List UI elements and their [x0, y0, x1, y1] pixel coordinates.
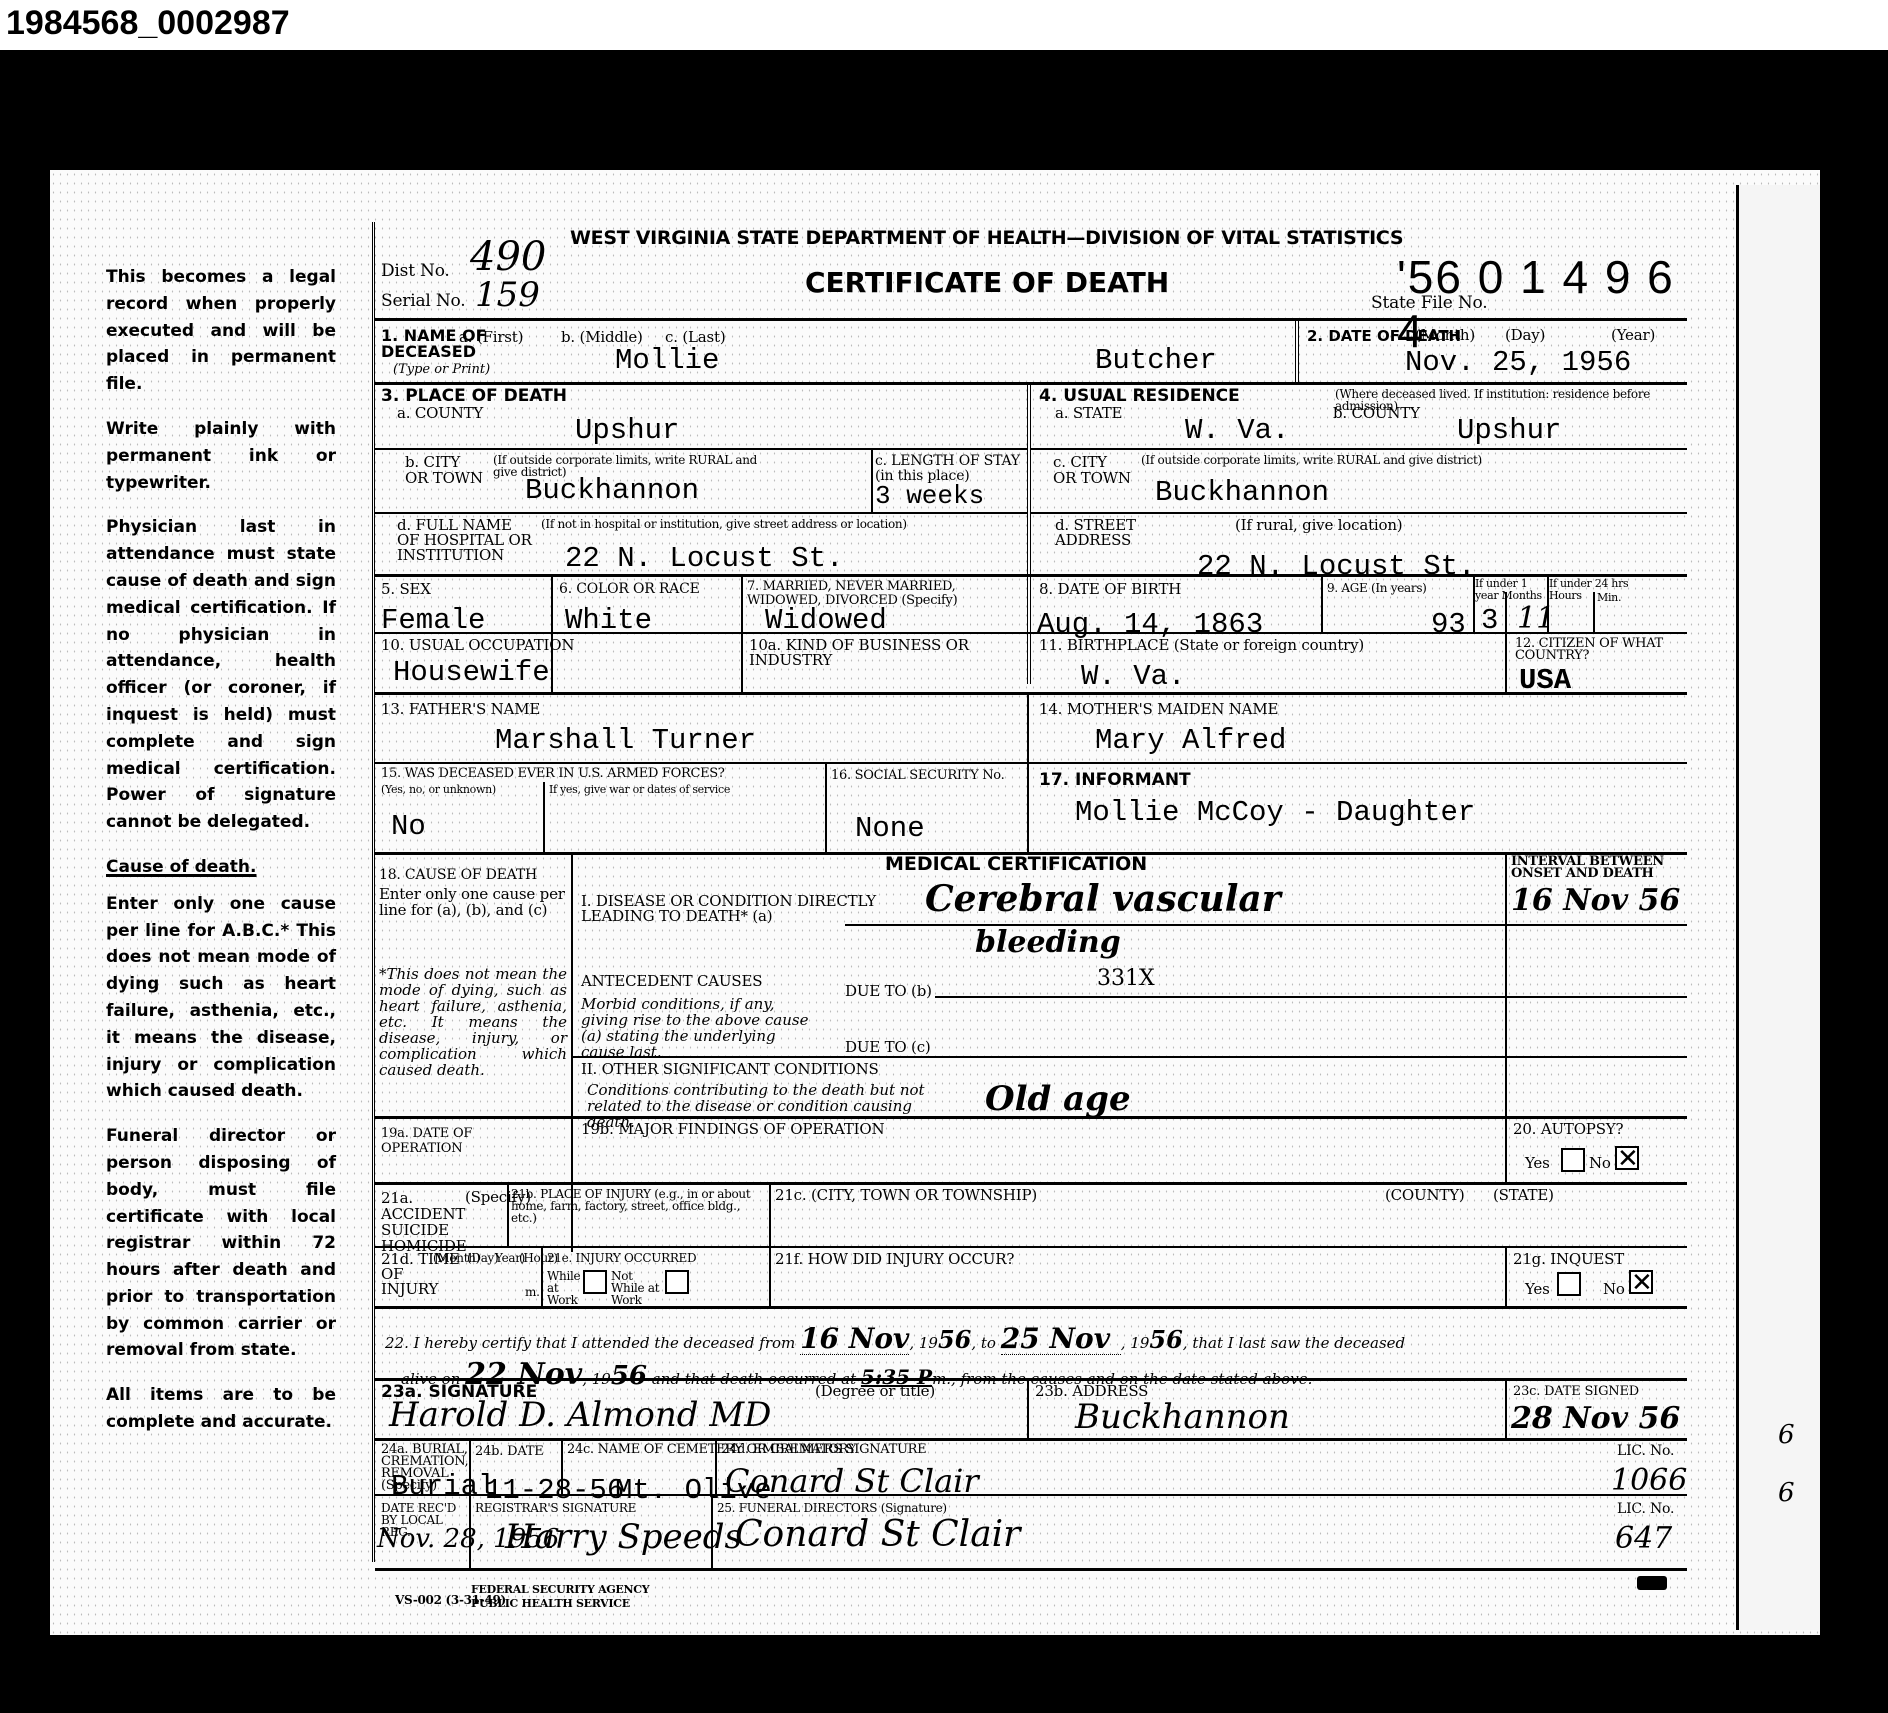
- f16-value[interactable]: None: [855, 814, 925, 843]
- divider: [1027, 692, 1029, 852]
- f1-first-label: a. (First): [459, 330, 523, 345]
- f18-note: Enter only one cause per line for (a), (…: [379, 886, 567, 918]
- cause-a-value[interactable]: Cerebral vascular: [925, 884, 1281, 914]
- divider: [543, 782, 545, 852]
- f23a-degree-label: (Degree or title): [815, 1384, 935, 1399]
- f13-value[interactable]: Marshall Turner: [495, 726, 756, 755]
- f5-value[interactable]: Female: [381, 606, 485, 635]
- f3-hospital-note: (If not in hospital or institution, give…: [541, 518, 1021, 530]
- divider: [1505, 852, 1507, 1182]
- f1-sub: (Type or Print): [393, 362, 490, 378]
- f18-label: 18. CAUSE OF DEATH: [379, 868, 537, 883]
- divider: [541, 1246, 543, 1306]
- f22-year-prefix: , 19: [909, 1334, 938, 1352]
- divider: [1505, 592, 1507, 632]
- f11-value[interactable]: W. Va.: [1081, 662, 1185, 691]
- divider: [507, 1182, 509, 1246]
- autopsy-no-checkbox[interactable]: [1615, 1146, 1639, 1170]
- f1-last-label: c. (Last): [665, 330, 725, 345]
- margin-mark: 6: [1778, 1478, 1795, 1508]
- dist-no-value: 490: [470, 242, 546, 272]
- document-id: 1984568_0002987: [6, 4, 290, 43]
- divider: [935, 996, 1687, 998]
- divider: [375, 318, 1687, 321]
- f8-value[interactable]: Aug. 14, 1863: [1037, 610, 1263, 639]
- interval-label: INTERVAL BETWEEN ONSET AND DEATH: [1511, 856, 1681, 880]
- f3-stay-value[interactable]: 3 weeks: [875, 482, 984, 511]
- f4-state-value[interactable]: W. Va.: [1185, 416, 1289, 445]
- f17-label: 17. INFORMANT: [1039, 772, 1191, 789]
- cause-a-continued[interactable]: bleeding: [975, 928, 1121, 958]
- divider: [375, 1246, 1687, 1248]
- divider: [1593, 592, 1595, 632]
- f17-value[interactable]: Mollie McCoy - Daughter: [1075, 798, 1475, 827]
- part2-value[interactable]: Old age: [985, 1084, 1131, 1114]
- cause-code: 331X: [1097, 966, 1155, 991]
- f21g-no-label: No: [1603, 1282, 1625, 1297]
- instruction-physician: Physician last in attendance must state …: [106, 514, 336, 836]
- instruction-cause-heading: Cause of death.: [106, 854, 336, 881]
- f22-to-label: , to: [971, 1334, 996, 1352]
- physician-signature[interactable]: Harold D. Almond MD: [389, 1400, 771, 1430]
- right-edge-strip: [1736, 185, 1822, 1630]
- f16-label: 16. SOCIAL SECURITY No.: [831, 770, 1021, 782]
- f6-value[interactable]: White: [565, 606, 652, 635]
- divider: [1505, 1246, 1507, 1306]
- divider: [715, 1438, 717, 1494]
- divider: [375, 1306, 1687, 1309]
- divider: [845, 924, 1505, 926]
- f15-label: 15. WAS DECEASED EVER IN U.S. ARMED FORC…: [381, 768, 725, 780]
- f21d-m: m.: [525, 1286, 540, 1298]
- f22-to-year[interactable]: 56: [1149, 1325, 1182, 1354]
- f2-day-label: (Day): [1505, 328, 1545, 343]
- f22-to[interactable]: 25 Nov: [1001, 1324, 1121, 1355]
- f3-county-label: a. COUNTY: [397, 406, 483, 421]
- divider: [1507, 924, 1687, 926]
- inquest-yes-checkbox[interactable]: [1557, 1272, 1581, 1296]
- f4-county-value[interactable]: Upshur: [1457, 416, 1561, 445]
- f14-value[interactable]: Mary Alfred: [1095, 726, 1286, 755]
- serial-no-label: Serial No.: [381, 294, 465, 309]
- due-to-c-label: DUE TO (c): [845, 1040, 931, 1055]
- instruction-write-plainly: Write plainly with permanent ink or type…: [106, 416, 336, 496]
- f3-hospital-label: d. FULL NAME OF HOSPITAL OR INSTITUTION: [397, 518, 537, 563]
- divider: [375, 692, 1687, 695]
- f21g-yes-label: Yes: [1525, 1282, 1550, 1297]
- f21c-state: (STATE): [1493, 1188, 1554, 1203]
- agency-heading: WEST VIRGINIA STATE DEPARTMENT OF HEALTH…: [570, 230, 1403, 247]
- divider: [375, 762, 1687, 764]
- f2-date-of-death[interactable]: Nov. 25, 1956: [1405, 348, 1631, 377]
- f20-yes-label: Yes: [1525, 1156, 1550, 1171]
- f23b-value[interactable]: Buckhannon: [1075, 1402, 1290, 1432]
- f25-lic-value[interactable]: 647: [1615, 1524, 1672, 1554]
- f22-text1: 22. I hereby certify that I attended the…: [385, 1334, 795, 1352]
- divider: [375, 1568, 1687, 1571]
- f4-street-label: d. STREET ADDRESS: [1055, 518, 1175, 548]
- divider: [375, 512, 1027, 514]
- part1-label: I. DISEASE OR CONDITION DIRECTLY LEADING…: [581, 894, 901, 924]
- divider: [375, 382, 1687, 385]
- f3-county-value[interactable]: Upshur: [575, 416, 679, 445]
- funeral-director-signature[interactable]: Conard St Clair: [735, 1520, 1020, 1550]
- divider: [1031, 512, 1687, 514]
- divider: [871, 448, 873, 512]
- divider: [375, 1116, 1687, 1119]
- f20-label: 20. AUTOPSY?: [1513, 1122, 1623, 1137]
- f22-alive-year[interactable]: 56: [611, 1361, 647, 1391]
- f24d-lic-value[interactable]: 1066: [1611, 1466, 1687, 1496]
- f3-label: 3. PLACE OF DEATH: [381, 388, 567, 405]
- dist-no-label: Dist No.: [381, 264, 450, 279]
- f8-label: 8. DATE OF BIRTH: [1039, 582, 1181, 597]
- f6-label: 6. COLOR OR RACE: [559, 582, 700, 597]
- f14-label: 14. MOTHER'S MAIDEN NAME: [1039, 702, 1278, 717]
- f7-value[interactable]: Widowed: [765, 606, 887, 635]
- f9-age-value[interactable]: 93: [1431, 610, 1466, 639]
- divider: [769, 1182, 771, 1246]
- death-certificate-form: WEST VIRGINIA STATE DEPARTMENT OF HEALTH…: [372, 222, 1684, 1562]
- f12-label: 12. CITIZEN OF WHAT COUNTRY?: [1515, 638, 1665, 662]
- f21f-label: 21f. HOW DID INJURY OCCUR?: [775, 1252, 1014, 1267]
- f15-sub: (Yes, no, or unknown): [381, 784, 496, 796]
- f20-no-label: No: [1589, 1156, 1611, 1171]
- f21c-label: 21c. (CITY, TOWN OR TOWNSHIP): [775, 1188, 1037, 1203]
- f13-label: 13. FATHER'S NAME: [381, 702, 540, 717]
- divider: [711, 1494, 713, 1568]
- f22-certification: 22. I hereby certify that I attended the…: [385, 1324, 1405, 1355]
- interval-value[interactable]: 16 Nov 56: [1511, 886, 1680, 916]
- f23c-label: 23c. DATE SIGNED: [1513, 1384, 1639, 1399]
- embalmer-signature[interactable]: Conard St Clair: [725, 1466, 979, 1496]
- f4-city-label: c. CITY OR TOWN: [1053, 454, 1133, 486]
- f9-months-label: If under 1 year Months: [1475, 578, 1547, 602]
- f18-note2: *This does not mean the mode of dying, s…: [379, 966, 567, 1078]
- f19a-label: 19a. DATE OF OPERATION: [381, 1126, 521, 1156]
- divider: [561, 1438, 563, 1494]
- divider: [1031, 448, 1687, 450]
- f12-value[interactable]: USA: [1519, 666, 1571, 695]
- f3-city-value[interactable]: Buckhannon: [525, 476, 699, 505]
- divider: [571, 1056, 1687, 1058]
- instruction-legal-record: This becomes a legal record when properl…: [106, 264, 336, 398]
- divider: [1027, 1378, 1029, 1438]
- divider: [375, 1182, 1687, 1185]
- f21b-label: 21b. PLACE OF INJURY (e.g., in or about …: [511, 1188, 761, 1224]
- f21e-not-while-label: Not While at Work: [611, 1270, 663, 1306]
- serial-no-value: 159: [475, 280, 540, 310]
- divider: [375, 448, 1027, 450]
- due-to-b-label: DUE TO (b): [845, 984, 932, 999]
- divider: [375, 1494, 1687, 1496]
- f4-label: 4. USUAL RESIDENCE: [1039, 388, 1240, 405]
- f4-city-note: (If outside corporate limits, write RURA…: [1141, 454, 1681, 466]
- instruction-complete: All items are to be complete and accurat…: [106, 1382, 336, 1436]
- f9-label: 9. AGE (In years): [1327, 582, 1427, 594]
- divider: [1321, 574, 1323, 632]
- f21e-while-label: While at Work: [547, 1270, 585, 1306]
- f4-state-label: a. STATE: [1055, 406, 1122, 421]
- f15-sub2: If yes, give war or dates of service: [549, 784, 730, 796]
- f1-middle-label: b. (Middle): [561, 330, 643, 345]
- divider: [1505, 632, 1507, 692]
- inquest-no-checkbox[interactable]: [1629, 1270, 1653, 1294]
- f10-value[interactable]: Housewife: [393, 658, 550, 687]
- f24b-label: 24b. DATE: [475, 1444, 544, 1459]
- instructions-column: This becomes a legal record when properl…: [106, 264, 336, 1454]
- certificate-title: CERTIFICATE OF DEATH: [805, 266, 1169, 299]
- f4-city-value[interactable]: Buckhannon: [1155, 478, 1329, 507]
- f4-county-label: b. COUNTY: [1333, 406, 1420, 421]
- f24a-value[interactable]: Burial: [391, 1472, 495, 1501]
- instruction-cause: Enter only one cause per line for A.B.C.…: [106, 891, 336, 1105]
- f25-label: 25. FUNERAL DIRECTORS (Signature): [717, 1502, 947, 1514]
- f21d-day: (Day): [467, 1252, 498, 1264]
- f5-label: 5. SEX: [381, 582, 431, 597]
- f22-text2: , that I last saw the deceased: [1183, 1334, 1405, 1352]
- f21c-county: (COUNTY): [1385, 1188, 1465, 1203]
- f10a-label: 10a. KIND OF BUSINESS OR INDUSTRY: [749, 638, 1029, 668]
- union-bug-icon: [1637, 1576, 1667, 1590]
- divider: [1295, 320, 1299, 382]
- f24d-lic-label: LIC. No.: [1617, 1444, 1674, 1459]
- f21g-label: 21g. INQUEST: [1513, 1252, 1624, 1267]
- antecedent-note: Morbid conditions, if any, giving rise t…: [581, 996, 821, 1060]
- f3-hospital-value[interactable]: 22 N. Locust St.: [565, 544, 843, 573]
- divider: [769, 1246, 771, 1306]
- not-while-at-work-checkbox[interactable]: [665, 1270, 689, 1294]
- divider: [375, 632, 1687, 634]
- margin-mark: 6: [1778, 1420, 1795, 1450]
- f1-last-value[interactable]: Butcher: [1095, 346, 1217, 375]
- medical-heading: MEDICAL CERTIFICATION: [885, 856, 1147, 873]
- f25-lic-label: LIC. No.: [1617, 1502, 1674, 1517]
- instruction-funeral-director: Funeral director or person disposing of …: [106, 1123, 336, 1364]
- divider: [1505, 1378, 1507, 1438]
- f10-label: 10. USUAL OCCUPATION: [381, 638, 574, 653]
- divider: [375, 1378, 1687, 1381]
- f2-year-label: (Year): [1611, 328, 1655, 343]
- f21e-label: 21e. INJURY OCCURRED: [547, 1252, 696, 1264]
- registrar-signature[interactable]: Harry Speeds: [505, 1522, 742, 1552]
- part2-label: II. OTHER SIGNIFICANT CONDITIONS: [581, 1062, 879, 1077]
- f19b-label: 19b. MAJOR FINDINGS OF OPERATION: [581, 1122, 884, 1137]
- f23c-value[interactable]: 28 Nov 56: [1511, 1404, 1680, 1434]
- f3-city-label: b. CITY OR TOWN: [405, 454, 485, 486]
- antecedent-label: ANTECEDENT CAUSES: [581, 974, 762, 989]
- f22-year-prefix: , 19: [1121, 1334, 1150, 1352]
- f22-from[interactable]: 16 Nov: [800, 1324, 909, 1355]
- f1-first-value[interactable]: Mollie: [615, 346, 719, 375]
- f4-street-note: (If rural, give location): [1235, 518, 1402, 533]
- f22-from-year[interactable]: 56: [938, 1325, 971, 1354]
- f11-label: 11. BIRTHPLACE (State or foreign country…: [1039, 638, 1364, 653]
- registrar-label: REGISTRAR'S SIGNATURE: [475, 1502, 636, 1514]
- divider: [825, 762, 827, 852]
- footer-agency2: PUBLIC HEALTH SERVICE: [471, 1598, 630, 1610]
- f3-stay-label: c. LENGTH OF STAY (in this place): [875, 454, 1025, 484]
- f9-days-value[interactable]: 11: [1517, 604, 1555, 634]
- divider: [375, 1438, 1687, 1441]
- while-at-work-checkbox[interactable]: [583, 1270, 607, 1294]
- f9-min-label: Min.: [1597, 592, 1621, 604]
- autopsy-yes-checkbox[interactable]: [1561, 1148, 1585, 1172]
- footer-agency1: FEDERAL SECURITY AGENCY: [471, 1584, 649, 1596]
- f15-value[interactable]: No: [391, 812, 426, 841]
- state-file-no-label: State File No.: [1371, 296, 1487, 311]
- f24d-label: 24d. EMBALMERS SIGNATURE: [721, 1444, 926, 1456]
- f9-months-value[interactable]: 3: [1481, 606, 1498, 635]
- f2-month-label: (Month): [1415, 328, 1475, 343]
